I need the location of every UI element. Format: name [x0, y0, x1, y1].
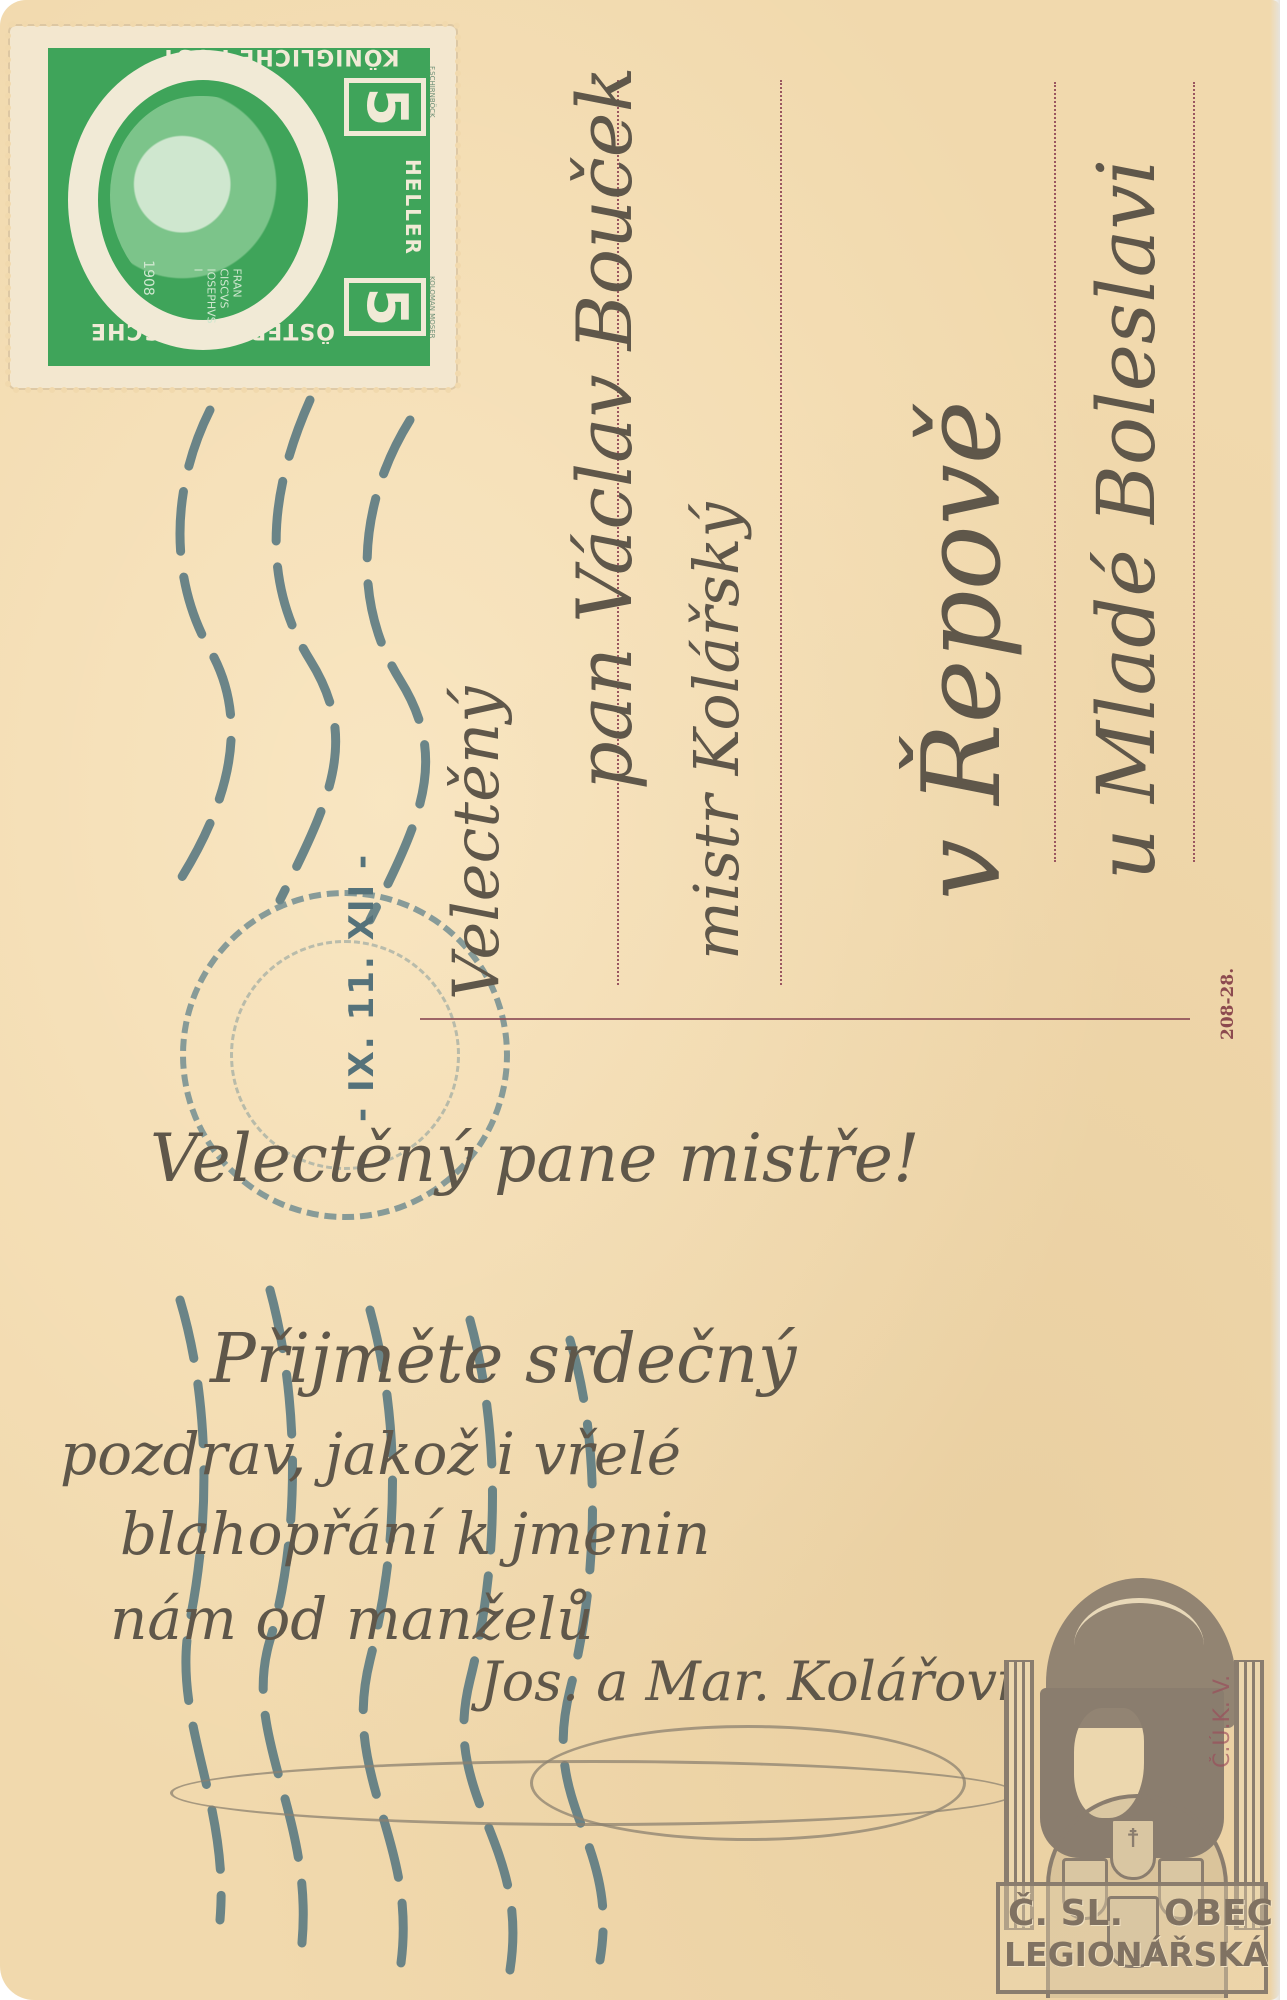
- stamp-value-top: 5: [344, 78, 426, 136]
- message-line-4: nám od manželů: [110, 1585, 594, 1653]
- address-rule-3: [1054, 82, 1056, 862]
- wave-cancellation-icon: [150, 380, 470, 940]
- emblem-text-csl: Č. SL.: [1008, 1896, 1123, 1932]
- legion-emblem: ☨ Č. SL. OBEC LEGIONÁŘSKÁ Č.Ú.K. V.: [996, 1578, 1268, 1994]
- emblem-overprint: Č.Ú.K. V.: [1210, 1675, 1235, 1768]
- stamp-legend-top: KÖNIGLICHE POST: [160, 44, 400, 69]
- message-line-3: blahopřání k jmenin: [120, 1500, 710, 1568]
- stamp-year: 1908: [140, 260, 156, 296]
- address-rule-4: [1193, 82, 1195, 862]
- message-line-2: pozdrav, jakož i vřelé: [60, 1420, 681, 1488]
- divider-rule: [420, 1018, 1190, 1020]
- stamp-engraver: F.SCHIRNBÖCK: [428, 66, 436, 118]
- stamp-value-bottom: 5: [344, 278, 426, 336]
- stamp-caption: FRAN CISCVS IOSEPHVS I: [192, 268, 244, 323]
- double-cross-icon: ☨: [1126, 1824, 1140, 1854]
- stamp-designer: KOLOMAN MOSER: [428, 276, 436, 338]
- series-number: 208-28.: [1218, 968, 1238, 1040]
- address-line-5: u Mladé Boleslavi: [1080, 159, 1173, 880]
- postcard: KÖNIGLICHE POST ÖSTERREICHISCHE 5 HELLER…: [0, 0, 1280, 2000]
- postmark-date: - IX. 11. XII -: [342, 853, 382, 1122]
- emblem-text-obec: OBEC: [1164, 1896, 1273, 1932]
- message-salutation: Velectěný pane mistře!: [150, 1120, 920, 1197]
- message-line-1: Přijměte srdečný: [210, 1320, 796, 1399]
- address-line-4: v Řepově: [900, 400, 1025, 900]
- stamp-currency: HELLER: [345, 152, 425, 262]
- address-line-2: pan Václav Bouček: [560, 66, 649, 790]
- address-line-1: Velectěný: [440, 687, 514, 1000]
- signature-loop: [530, 1725, 966, 1841]
- address-rule-2: [780, 80, 782, 985]
- address-line-3: mistr Kolářský: [680, 502, 753, 960]
- helmet-brim-icon: [1074, 1598, 1204, 1693]
- card-edge: [1270, 0, 1280, 2000]
- postage-stamp: KÖNIGLICHE POST ÖSTERREICHISCHE 5 HELLER…: [10, 26, 456, 388]
- message-signature: Jos. a Mar. Kolářovi: [480, 1650, 1014, 1713]
- emblem-text-legionarska: LEGIONÁŘSKÁ: [1004, 1938, 1268, 1971]
